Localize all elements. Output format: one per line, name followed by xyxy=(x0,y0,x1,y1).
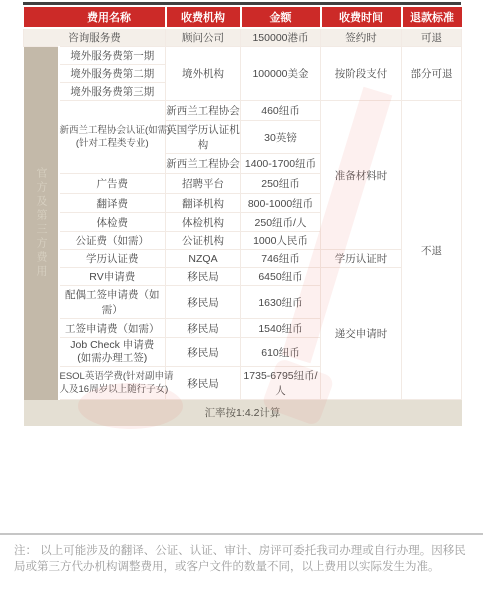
fee-name-line2: 人及16周岁以上随行子女) xyxy=(60,383,166,396)
time-cell: 按阶段支付 xyxy=(321,47,402,101)
org-cell: 翻译机构 xyxy=(166,194,241,213)
refund-cell: 部分可退 xyxy=(402,47,462,101)
amount-cell: 250纽币 xyxy=(241,174,321,194)
header-time: 收费时间 xyxy=(321,7,402,28)
org-cell: 移民局 xyxy=(166,367,241,400)
amount-cell: 800-1000纽币 xyxy=(241,194,321,213)
org-cell: 体检机构 xyxy=(166,213,241,232)
amount-cell: 6450纽币 xyxy=(241,268,321,286)
fee-name-cell: 咨询服务费 xyxy=(24,28,166,47)
org-cell: 移民局 xyxy=(166,286,241,319)
disclaimer-note: 注： 以上可能涉及的翻译、公证、认证、审计、房评可委托我司办理或自行办理。因移民… xyxy=(14,543,472,575)
time-cell: 递交申请时 xyxy=(321,268,402,400)
org-cell: 移民局 xyxy=(166,268,241,286)
note-divider-line xyxy=(0,533,483,535)
amount-cell: 30英镑 xyxy=(241,121,321,154)
sidebar-category-label: 官方及第三方费用 xyxy=(35,167,46,279)
fee-name-cell: 公证费（如需） xyxy=(59,232,166,250)
amount-cell: 100000美金 xyxy=(241,47,321,101)
time-cell: 签约时 xyxy=(321,28,402,47)
org-cell: 公证机构 xyxy=(166,232,241,250)
org-cell: 新西兰工程协会 xyxy=(166,154,241,174)
sidebar-category-cell: 官方及第三方费用 xyxy=(24,47,59,400)
fee-name-line2: (如需办理工签) xyxy=(60,352,166,365)
time-cell: 学历认证时 xyxy=(321,250,402,268)
table-row: 官方及第三方费用 境外服务费第一期 境外机构 100000美金 按阶段支付 部分… xyxy=(24,47,462,65)
amount-cell: 1630纽币 xyxy=(241,286,321,319)
org-cell: 招聘平台 xyxy=(166,174,241,194)
fee-name-line2: (针对工程类专业) xyxy=(60,137,166,150)
fee-name-cell: 广告费 xyxy=(59,174,166,194)
amount-cell: 1400-1700纽币 xyxy=(241,154,321,174)
org-cell: 移民局 xyxy=(166,319,241,338)
org-cell: NZQA xyxy=(166,250,241,268)
table-top-border xyxy=(23,2,461,5)
amount-cell: 1735-6795纽币/人 xyxy=(241,367,321,400)
org-cell: 新西兰工程协会 xyxy=(166,101,241,121)
fee-name-cell: 工签申请费（如需） xyxy=(59,319,166,338)
fee-name-cell: 境外服务费第三期 xyxy=(59,83,166,101)
header-amount: 金额 xyxy=(241,7,321,28)
refund-cell: 不退 xyxy=(402,101,462,400)
amount-cell: 150000港币 xyxy=(241,28,321,47)
fee-name-cell: 体检费 xyxy=(59,213,166,232)
amount-cell: 746纽币 xyxy=(241,250,321,268)
fee-name-cell: 新西兰工程协会认证(如需) (针对工程类专业) xyxy=(59,101,166,174)
org-cell: 顾问公司 xyxy=(166,28,241,47)
table-row: 新西兰工程协会认证(如需) (针对工程类专业) 新西兰工程协会 460纽币 准备… xyxy=(24,101,462,121)
header-row: 费用名称 收费机构 金额 收费时间 退款标准 xyxy=(24,7,462,28)
table-row: 学历认证费 NZQA 746纽币 学历认证时 xyxy=(24,250,462,268)
table-row: 咨询服务费 顾问公司 150000港币 签约时 可退 xyxy=(24,28,462,47)
amount-cell: 610纽币 xyxy=(241,338,321,367)
fee-name-cell: 境外服务费第二期 xyxy=(59,65,166,83)
fee-name-line1: Job Check 申请费 xyxy=(60,339,166,352)
table-row: RV申请费 移民局 6450纽币 递交申请时 xyxy=(24,268,462,286)
time-cell: 准备材料时 xyxy=(321,101,402,250)
fee-name-cell: 翻译费 xyxy=(59,194,166,213)
exchange-rate-note: 汇率按1:4.2计算 xyxy=(24,400,462,426)
fee-name-cell: RV申请费 xyxy=(59,268,166,286)
amount-cell: 1540纽币 xyxy=(241,319,321,338)
fee-name-cell: ESOL英语学费(针对副申请 人及16周岁以上随行子女) xyxy=(59,367,166,400)
fee-table-page: 费用名称 收费机构 金额 收费时间 退款标准 咨询服务费 顾问公司 150000… xyxy=(0,0,483,600)
fee-name-cell: 境外服务费第一期 xyxy=(59,47,166,65)
header-org: 收费机构 xyxy=(166,7,241,28)
fee-name-cell: 配偶工签申请费（如需） xyxy=(59,286,166,319)
refund-cell: 可退 xyxy=(402,28,462,47)
header-refund: 退款标准 xyxy=(402,7,462,28)
org-cell: 移民局 xyxy=(166,338,241,367)
table-footer-row: 汇率按1:4.2计算 xyxy=(24,400,462,426)
amount-cell: 1000人民币 xyxy=(241,232,321,250)
amount-cell: 460纽币 xyxy=(241,101,321,121)
fee-name-line1: ESOL英语学费(针对副申请 xyxy=(60,370,166,383)
fee-name-line1: 新西兰工程协会认证(如需) xyxy=(60,124,166,137)
org-cell: 境外机构 xyxy=(166,47,241,101)
org-cell: 英国学历认证机构 xyxy=(166,121,241,154)
header-fee-name: 费用名称 xyxy=(24,7,166,28)
fee-name-cell: 学历认证费 xyxy=(59,250,166,268)
fee-table: 费用名称 收费机构 金额 收费时间 退款标准 咨询服务费 顾问公司 150000… xyxy=(23,7,462,426)
amount-cell: 250纽币/人 xyxy=(241,213,321,232)
fee-name-cell: Job Check 申请费 (如需办理工签) xyxy=(59,338,166,367)
